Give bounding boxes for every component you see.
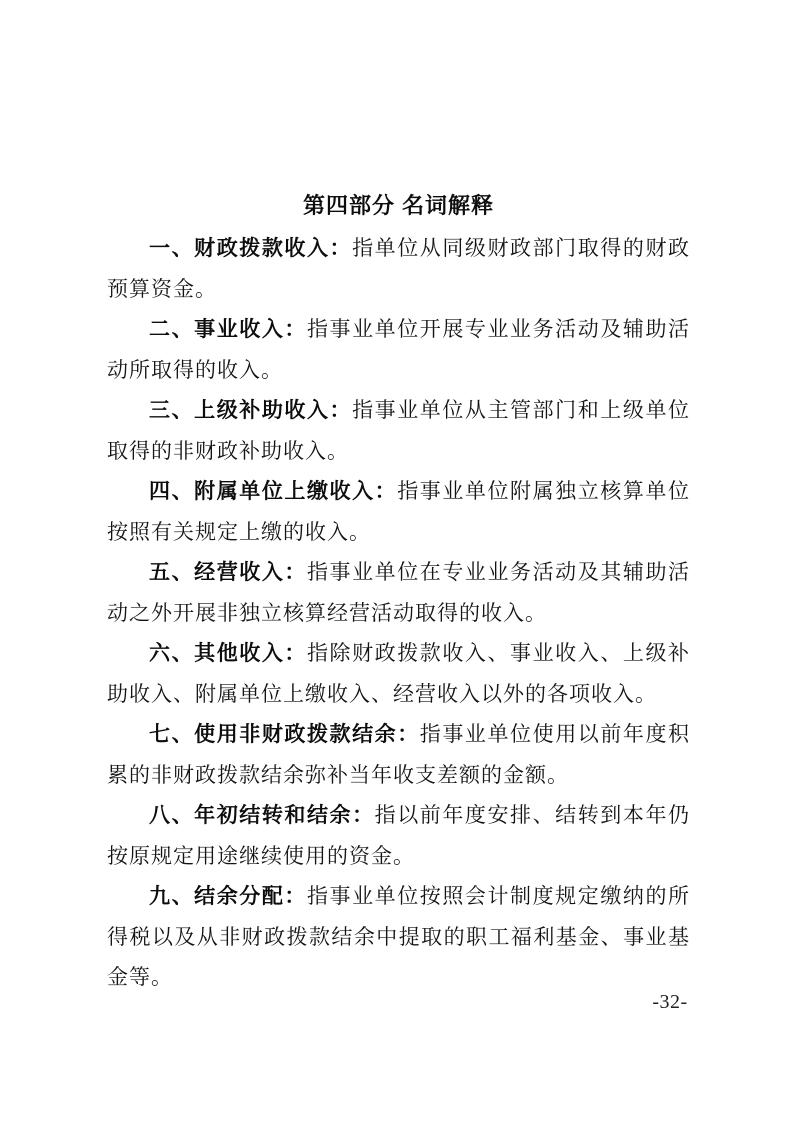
document-page: 第四部分 名词解释 一、财政拨款收入：指单位从同级财政部门取得的财政预算资金。 … — [0, 0, 793, 1122]
glossary-paragraph: 八、年初结转和结余：指以前年度安排、结转到本年仍按原规定用途继续使用的资金。 — [107, 795, 690, 876]
glossary-paragraph: 二、事业收入：指事业单位开展专业业务活动及辅助活动所取得的收入。 — [107, 309, 690, 390]
glossary-paragraph: 四、附属单位上缴收入：指事业单位附属独立核算单位按照有关规定上缴的收入。 — [107, 471, 690, 552]
term-label: 三、上级补助收入： — [149, 399, 352, 422]
term-label: 二、事业收入： — [149, 318, 307, 341]
glossary-paragraph: 七、使用非财政拨款结余：指事业单位使用以前年度积累的非财政拨款结余弥补当年收支差… — [107, 714, 690, 795]
glossary-paragraph: 六、其他收入：指除财政拨款收入、事业收入、上级补助收入、附属单位上缴收入、经营收… — [107, 633, 690, 714]
document-content: 第四部分 名词解释 一、财政拨款收入：指单位从同级财政部门取得的财政预算资金。 … — [107, 186, 690, 997]
page-title: 第四部分 名词解释 — [107, 186, 690, 226]
glossary-paragraph: 一、财政拨款收入：指单位从同级财政部门取得的财政预算资金。 — [107, 228, 690, 309]
term-label: 八、年初结转和结余： — [149, 804, 375, 827]
term-label: 四、附属单位上缴收入： — [149, 480, 397, 503]
term-label: 六、其他收入： — [149, 642, 307, 665]
term-label: 一、财政拨款收入： — [149, 237, 352, 260]
term-label: 七、使用非财政拨款结余： — [149, 723, 420, 746]
term-label: 五、经营收入： — [149, 561, 307, 584]
glossary-paragraph: 九、结余分配：指事业单位按照会计制度规定缴纳的所得税以及从非财政拨款结余中提取的… — [107, 876, 690, 997]
glossary-paragraph: 三、上级补助收入：指事业单位从主管部门和上级单位取得的非财政补助收入。 — [107, 390, 690, 471]
term-label: 九、结余分配： — [149, 885, 307, 908]
page-number: -32- — [640, 990, 700, 1014]
glossary-paragraph: 五、经营收入：指事业单位在专业业务活动及其辅助活动之外开展非独立核算经营活动取得… — [107, 552, 690, 633]
